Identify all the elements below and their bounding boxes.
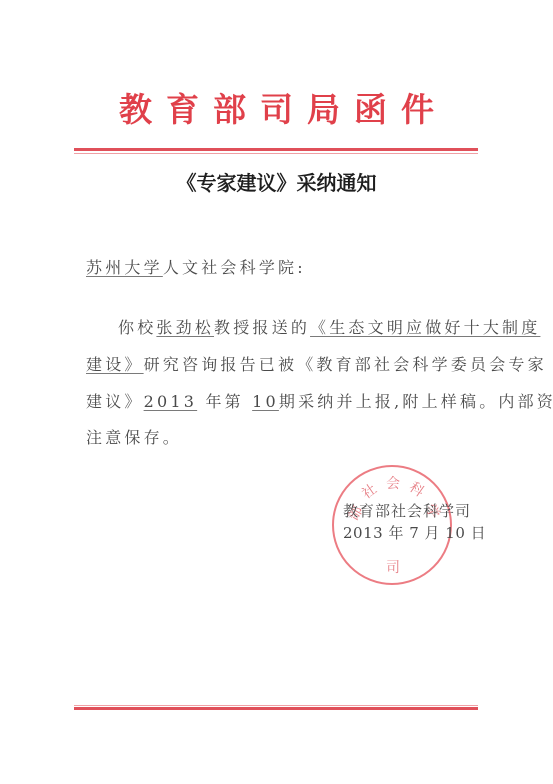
body-line-4: 注意保存。 [86,428,182,448]
seal-char: 会 [386,473,400,493]
salutation: 苏州大学人文社会科学院: [86,258,306,278]
seal-char: 科 [406,477,429,501]
body-line-3: 建议》2013 年第 10期采纳并上报,附上样稿。内部资料, [86,392,553,412]
body-line-2: 建设》研究咨询报告已被《教育部社会科学委员会专家 [86,355,547,375]
issue-date: 2013 年 7 月 10 日 [343,523,486,543]
issuing-office: 教育部社会科学司 [343,501,471,521]
report-title: 《生态文明应做好十大制度 [310,318,540,337]
body-text: 教授报送的 [214,318,310,337]
recipient-university: 苏州大学 [86,258,163,277]
letterhead-title: 教育部司局函件 [0,90,553,130]
seal-char: 社 [358,479,381,503]
recipient-department: 人文社会科学院: [163,258,306,277]
seal-char: 司 [386,557,400,577]
letterhead-divider-top [74,148,478,154]
body-line-1: 你校张劲松教授报送的《生态文明应做好十大制度 [118,318,540,338]
author-name: 张劲松 [156,318,214,337]
body-text: 研究咨询报告已被《教育部社会科学委员会专家 [144,355,547,374]
issue-year: 2013 [144,392,198,411]
body-text: 你校 [118,318,156,337]
letterhead-divider-bottom [74,705,478,710]
issue-number: 10 [252,392,279,411]
body-text: 期采纳并上报,附上样稿。内部资料, [279,392,553,411]
document-subtitle: 《专家建议》采纳通知 [0,170,553,196]
body-text: 年第 [205,392,243,411]
report-title-cont: 建设》 [86,355,144,374]
body-text: 建议》 [86,392,144,411]
